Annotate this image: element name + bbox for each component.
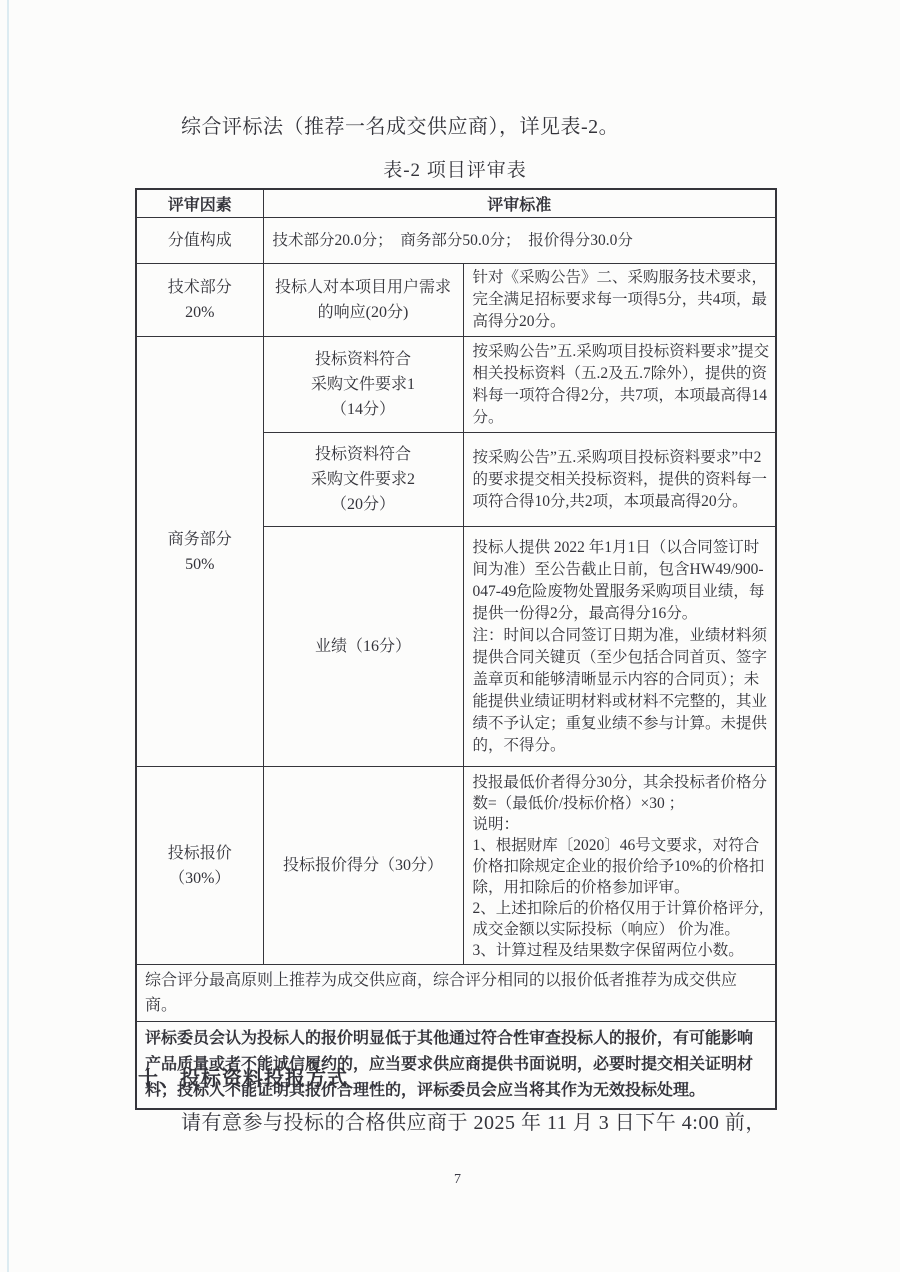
business-factor-weight: 50% — [141, 552, 259, 577]
cell-technical-factor: 技术部分 20% — [136, 264, 263, 337]
technical-factor-line: 技术部分 — [141, 275, 259, 300]
price-factor-line: 投标报价 — [141, 841, 259, 866]
table-title: 表-2 项目评审表 — [135, 155, 775, 182]
doc-requirement-1-line: 投标资料符合 — [268, 347, 459, 372]
price-criteria-line: 说明： — [473, 814, 771, 835]
table-row: 投标报价 （30%） 投标报价得分（30分） 投报最低价者得分30分，其余投标者… — [136, 767, 776, 965]
technical-item-line: 的响应(20分) — [268, 300, 459, 325]
table-row: 技术部分 20% 投标人对本项目用户需求 的响应(20分) 针对《采购公告》二、… — [136, 264, 776, 337]
cell-recommendation-note: 综合评分最高原则上推荐为成交供应商，综合评分相同的以报价低者推荐为成交供应商。 — [136, 965, 776, 1022]
price-factor-weight: （30%） — [141, 866, 259, 891]
doc-requirement-2-line: 投标资料符合 — [268, 442, 459, 467]
cell-score-composition-label: 分值构成 — [136, 218, 263, 264]
doc-requirement-1-line: 采购文件要求1 — [268, 372, 459, 397]
cell-performance-criteria: 投标人提供 2022 年1月1日（以合同签订时间为准）至公告截止日前，包含HW4… — [463, 527, 776, 767]
table-row: 分值构成 技术部分20.0分； 商务部分50.0分； 报价得分30.0分 — [136, 218, 776, 264]
cell-price-criteria: 投报最低价者得分30分，其余投标者价格分数=（最低价/投标价格）×30 ； 说明… — [463, 767, 776, 965]
section-heading: 十、投标资料投报方式 — [138, 1062, 348, 1091]
table-row: 综合评分最高原则上推荐为成交供应商，综合评分相同的以报价低者推荐为成交供应商。 — [136, 965, 776, 1022]
price-criteria-line: 2、上述扣除后的价格仅用于计算价格评分,成交金额以实际投标（响应） 价为准。 — [473, 898, 771, 940]
technical-factor-weight: 20% — [141, 300, 259, 325]
doc-requirement-2-line: 采购文件要求2 — [268, 467, 459, 492]
performance-criteria-note: 注：时间以合同签订日期为准，业绩材料须提供合同关键页（至少包括合同首页、签字盖章… — [473, 625, 771, 757]
cell-price-item: 投标报价得分（30分） — [263, 767, 463, 965]
cell-doc-requirement-1-item: 投标资料符合 采购文件要求1 （14分） — [263, 337, 463, 433]
price-criteria-line: 3、计算过程及结果数字保留两位小数。 — [473, 940, 771, 961]
cell-technical-criteria: 针对《采购公告》二、采购服务技术要求，完全满足招标要求每一项得5分，共4项，最高… — [463, 264, 776, 337]
cell-performance-item: 业绩（16分） — [263, 527, 463, 767]
doc-requirement-1-score: （14分） — [268, 397, 459, 422]
doc-requirement-2-score: （20分） — [268, 492, 459, 517]
cell-score-composition-value: 技术部分20.0分； 商务部分50.0分； 报价得分30.0分 — [263, 218, 776, 264]
intro-paragraph: 综合评标法（推荐一名成交供应商），详见表-2。 — [181, 110, 619, 139]
business-factor-line: 商务部分 — [141, 527, 259, 552]
scan-artifact-line — [7, 0, 9, 1272]
cell-technical-item: 投标人对本项目用户需求 的响应(20分) — [263, 264, 463, 337]
header-cell-factor: 评审因素 — [136, 189, 263, 218]
closing-paragraph: 请有意参与投标的合格供应商于 2025 年 11 月 3 日下午 4:00 前， — [181, 1106, 766, 1135]
cell-business-factor: 商务部分 50% — [136, 337, 263, 767]
table-header-row: 评审因素 评审标准 — [136, 189, 776, 218]
header-cell-criteria: 评审标准 — [263, 189, 776, 218]
price-criteria-line: 1、根据财库〔2020〕46号文要求，对符合价格扣除规定企业的报价给予10%的价… — [473, 835, 771, 898]
cell-doc-requirement-1-criteria: 按采购公告”五.采购项目投标资料要求”提交相关投标资料（五.2及五.7除外），提… — [463, 337, 776, 433]
price-criteria-line: 投报最低价者得分30分，其余投标者价格分数=（最低价/投标价格）×30 ； — [473, 772, 771, 814]
document-page: 综合评标法（推荐一名成交供应商），详见表-2。 表-2 项目评审表 评审因素 评… — [0, 0, 900, 1272]
technical-item-line: 投标人对本项目用户需求 — [268, 275, 459, 300]
table-row: 商务部分 50% 投标资料符合 采购文件要求1 （14分） 按采购公告”五.采购… — [136, 337, 776, 433]
cell-doc-requirement-2-item: 投标资料符合 采购文件要求2 （20分） — [263, 433, 463, 527]
cell-doc-requirement-2-criteria: 按采购公告”五.采购项目投标资料要求”中2的要求提交相关投标资料，提供的资料每一… — [463, 433, 776, 527]
page-number: 7 — [0, 1172, 900, 1188]
performance-criteria-paragraph: 投标人提供 2022 年1月1日（以合同签订时间为准）至公告截止日前，包含HW4… — [473, 537, 771, 625]
evaluation-table: 评审因素 评审标准 分值构成 技术部分20.0分； 商务部分50.0分； 报价得… — [135, 188, 777, 1110]
cell-price-factor: 投标报价 （30%） — [136, 767, 263, 965]
